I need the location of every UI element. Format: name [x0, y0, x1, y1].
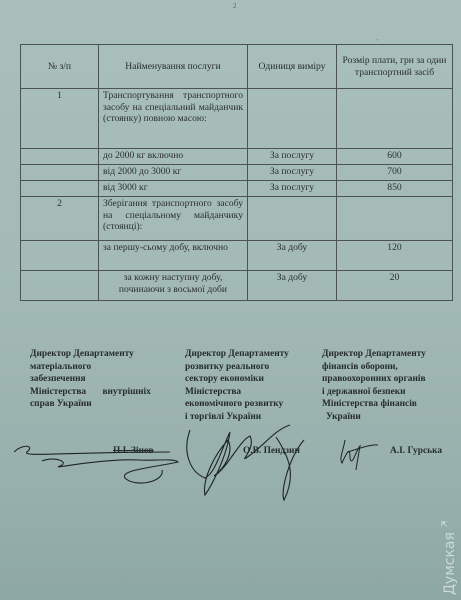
signature-3	[0, 0, 461, 600]
watermark: Думская	[442, 532, 458, 595]
expand-icon: ⇱	[441, 520, 448, 529]
